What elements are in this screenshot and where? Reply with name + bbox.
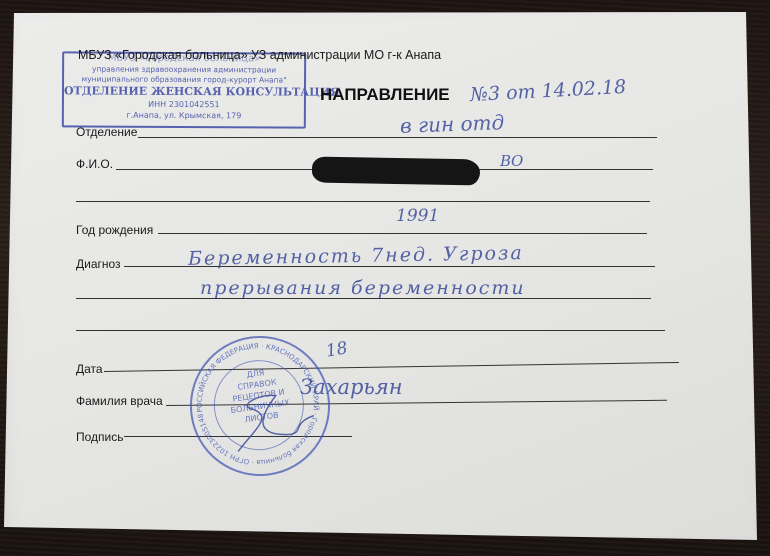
- field-line: [76, 201, 650, 202]
- stamp-line: ИНН 2301042551: [64, 99, 304, 109]
- clinic-rect-stamp: МБУЗ «Городская больница» управления здр…: [62, 51, 306, 128]
- field-value-diagnosis-line2: прерывания беременности: [200, 277, 526, 299]
- referral-number-handwritten: №3 от 14.02.18: [470, 76, 627, 106]
- field-label-fullname: Ф.И.О.: [76, 157, 113, 171]
- field-label-department: Отделение: [76, 125, 137, 139]
- field-label-signature: Подпись: [76, 430, 124, 444]
- institution-header: МБУЗ «Городская больница» УЗ администрац…: [78, 48, 441, 62]
- field-label-birth-year: Год рождения: [76, 223, 153, 237]
- redaction-mark: [312, 157, 480, 186]
- stamp-line: ОТДЕЛЕНИЕ ЖЕНСКАЯ КОНСУЛЬТАЦИЯ: [64, 84, 304, 98]
- signature-scribble: [183, 329, 337, 483]
- field-value-fullname: ВО: [500, 152, 523, 170]
- stamp-line: муниципального образования город-курорт …: [64, 74, 304, 84]
- round-seal-stamp: ДЛЯ СПРАВОК РЕЦЕПТОВ И БОЛЬНИЧНЫХ ЛИСТОВ…: [181, 327, 339, 485]
- field-value-department: в гин отд: [400, 110, 505, 138]
- field-label-diagnosis: Диагноз: [76, 257, 121, 271]
- field-value-date: 18: [324, 338, 349, 361]
- page-title: НАПРАВЛЕНИЕ: [320, 85, 450, 105]
- field-line: [76, 330, 665, 331]
- field-line: [138, 137, 657, 138]
- referral-form-paper: МБУЗ «Городская больница» управления здр…: [0, 0, 770, 556]
- stamp-line: управления здравоохранения администрации: [64, 64, 304, 74]
- field-line: [158, 233, 647, 234]
- field-label-date: Дата: [76, 362, 103, 376]
- field-label-doctor-name: Фамилия врача: [76, 394, 163, 408]
- field-value-birth-year: 1991: [396, 206, 439, 226]
- stamp-line: г.Анапа, ул. Крымская, 179: [64, 110, 304, 120]
